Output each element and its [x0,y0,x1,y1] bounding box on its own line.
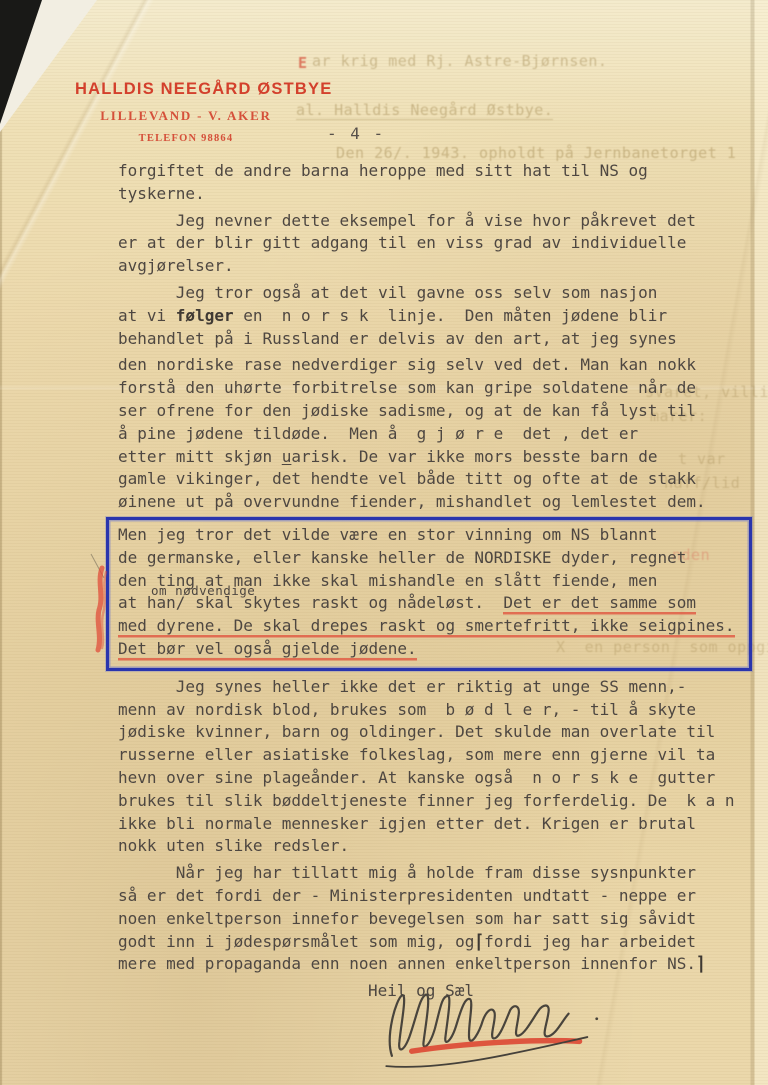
typed-line: tyskerne. [118,183,758,206]
typed-line: øinene ut på overvundne fiender, mishand… [118,491,758,514]
typed-body: forgiftet de andre barna heroppe med sit… [118,160,758,1003]
paragraph: den nordiske rase nedverdiger sig selv v… [118,354,758,514]
page-number: - 4 - [327,124,385,143]
typed-line: gamle vikinger, det hendte vel både titt… [118,468,758,491]
typed-line: godt inn i jødespørsmålet som mig, og⌈fo… [118,931,758,954]
typed-line: de germanske, eller kanske heller de NOR… [118,547,743,570]
typed-line: russerne eller asiatiske folkeslag, som … [118,744,758,767]
typed-line: Jeg tror også at det vil gavne oss selv … [118,282,758,305]
typed-line: behandlet på i Russland er delvis av den… [118,328,758,351]
typed-line: brukes til slik bøddeltjeneste finner je… [118,790,758,813]
handwritten-signature [381,978,624,1078]
typed-line: å pine jødene tildøde. Men å g j ø r e d… [118,423,758,446]
typed-line: etter mitt skjøn uarisk. De var ikke mor… [118,446,758,469]
typed-line: så er det fordi der - Ministerpresidente… [118,885,758,908]
letterhead-name: HALLDIS NEEGÅRD ØSTBYE [75,80,297,99]
typed-line: jødiske kvinner, barn og oldinger. Det s… [118,721,758,744]
typed-line: nokk uten slike redsler. [118,835,758,858]
handwritten-insertion: om nødvendige [151,580,255,603]
scanned-letter-page: HALLDIS NEEGÅRD ØSTBYE LILLEVAND - V. AK… [0,0,768,1085]
typed-line: at vi følger en n o r s k linje. Den måt… [118,305,758,328]
letterhead: HALLDIS NEEGÅRD ØSTBYE LILLEVAND - V. AK… [75,80,297,144]
typed-line: med dyrene. De skal drepes raskt og smer… [118,615,743,638]
typed-line: ikke bli normale mennesker igjen etter d… [118,813,758,836]
typed-line: Når jeg har tillatt mig å holde fram dis… [118,862,758,885]
typed-line: den nordiske rase nedverdiger sig selv v… [118,354,758,377]
typed-line: forgiftet de andre barna heroppe med sit… [118,160,758,183]
typed-line: Men jeg tror det vilde være en stor vinn… [118,524,743,547]
paragraph: Jeg synes heller ikke det er riktig at u… [118,676,758,858]
blue-boxed-paragraph: Men jeg tror det vilde være en stor vinn… [106,517,752,671]
red-margin-mark [88,552,114,662]
typed-line: avgjørelser. [118,255,758,278]
paragraph: Jeg nevner dette eksempel for å vise hvo… [118,210,758,278]
paragraph: Jeg tror også at det vil gavne oss selv … [118,282,758,350]
typed-line: menn av nordisk blod, brukes som b ø d l… [118,699,758,722]
typed-line: Jeg nevner dette eksempel for å vise hvo… [118,210,758,233]
typed-line: ser ofrene for den jødiske sadisme, og a… [118,400,758,423]
typed-line: er at der blir gitt adgang til en viss g… [118,232,758,255]
letterhead-phone: TELEFON 98864 [75,133,297,144]
paragraph: Når jeg har tillatt mig å holde fram dis… [118,862,758,976]
typed-line: Det bør vel også gjelde jødene. [118,638,743,661]
typed-line: noen enkeltperson innefor bevegelsen som… [118,908,758,931]
typed-line: Jeg synes heller ikke det er riktig at u… [118,676,758,699]
paragraph: forgiftet de andre barna heroppe med sit… [118,160,758,206]
typed-line: forstå den uhørte forbitrelse som kan gr… [118,377,758,400]
typed-line: mere med propaganda enn noen annen enkel… [118,953,758,976]
letterhead-address: LILLEVAND - V. AKER [75,108,297,124]
typed-line: hevn over sine plageånder. At kanske ogs… [118,767,758,790]
